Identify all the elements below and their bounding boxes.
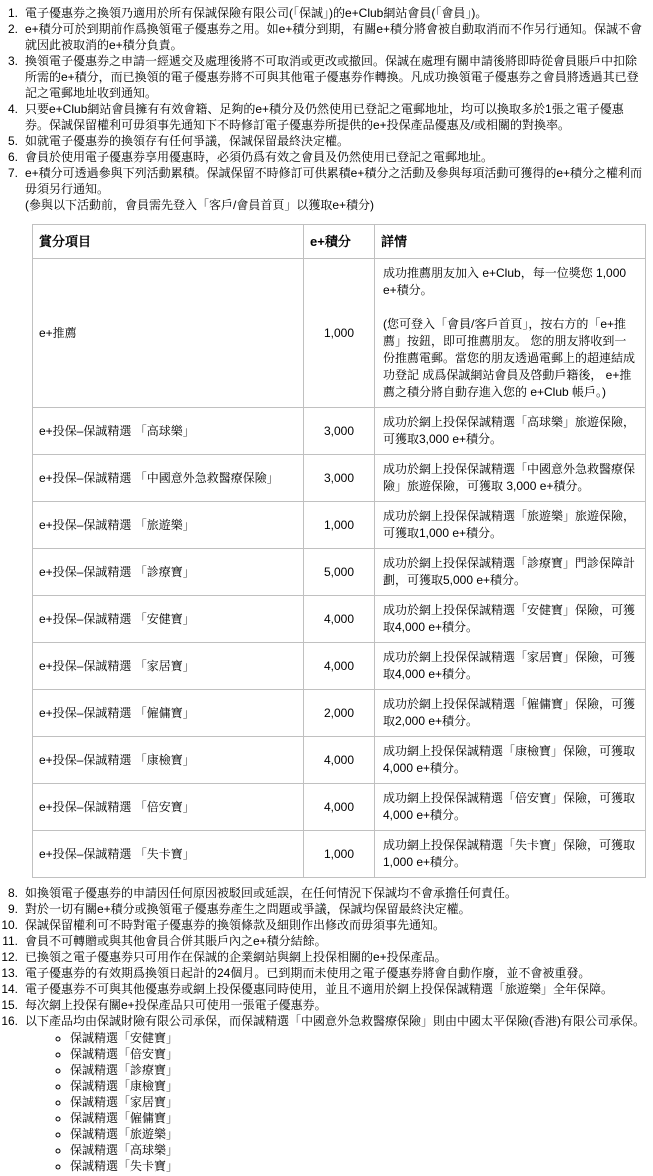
term-text: 如換領電子優惠券的申請因任何原因被駁回或延誤，在任何情況下保誠均不會承擔任何責任… (25, 885, 645, 901)
reward-item-cell: e+推薦 (33, 259, 304, 408)
reward-item-cell: e+投保–保誠精選 「康檢寶」 (33, 737, 304, 784)
term-text: 電子優惠券不可與其他優惠券或網上投保優惠同時使用，並且不適用於網上投保保誠精選「… (25, 981, 645, 997)
reward-points-cell: 1,000 (304, 502, 375, 549)
reward-item-cell: e+投保–保誠精選 「診療寶」 (33, 549, 304, 596)
product-item: 保誠精選「康檢寶」 (70, 1078, 645, 1094)
term-number: 4. (0, 101, 18, 133)
term-item-13: 13. 電子優惠券的有效期爲換領日起計的24個月。已到期而未使用之電子優惠券將會… (0, 965, 645, 981)
reward-details-cell: 成功於網上投保保誠精選「安健寶」保險，可獲取4,000 e+積分。 (375, 596, 646, 643)
reward-details-cell: 成功推薦朋友加入 e+Club，每一位獎您 1,000 e+積分。 (您可登入「… (375, 259, 646, 408)
reward-details-cell: 成功於網上投保保誠精選「高球樂」旅遊保險，可獲取3,000 e+積分。 (375, 408, 646, 455)
reward-points-cell: 1,000 (304, 831, 375, 878)
term-item-1: 1. 電子優惠券之換領乃適用於所有保誠保險有限公司(「保誠」)的e+Club網站… (0, 5, 645, 21)
term-item-4: 4. 只要e+Club網站會員擁有有效會籍、足夠的e+積分及仍然使用已登記之電郵… (0, 101, 645, 133)
reward-details-cell: 成功於網上投保保誠精選「診療寶」門診保障計劃，可獲取5,000 e+積分。 (375, 549, 646, 596)
product-item: 保誠精選「倍安寶」 (70, 1046, 645, 1062)
table-row: e+投保–保誠精選 「旅遊樂」 1,000 成功於網上投保保誠精選「旅遊樂」旅遊… (33, 502, 646, 549)
product-item: 保誠精選「失卡寶」 (70, 1158, 645, 1174)
term-item-14: 14. 電子優惠券不可與其他優惠券或網上投保優惠同時使用，並且不適用於網上投保保… (0, 981, 645, 997)
reward-item-cell: e+投保–保誠精選 「失卡寶」 (33, 831, 304, 878)
term-item-11: 11. 會員不可轉贈或與其他會員合併其賬戶內之e+積分結餘。 (0, 933, 645, 949)
reward-points-cell: 1,000 (304, 259, 375, 408)
header-details: 詳情 (375, 225, 646, 259)
product-item: 保誠精選「僱傭寶」 (70, 1110, 645, 1126)
term-text: 對於一切有關e+積分或換領電子優惠券產生之問題或爭議，保誠均保留最終決定權。 (25, 901, 645, 917)
term-number: 14. (0, 981, 18, 997)
reward-details-cell: 成功網上投保保誠精選「倍安寶」保險，可獲取4,000 e+積分。 (375, 784, 646, 831)
table-row: e+投保–保誠精選 「安健寶」 4,000 成功於網上投保保誠精選「安健寶」保險… (33, 596, 646, 643)
reward-item-cell: e+投保–保誠精選 「倍安寶」 (33, 784, 304, 831)
term-number: 9. (0, 901, 18, 917)
term-item-16: 16. 以下產品均由保誠財險有限公司承保，而保誠精選「中國意外急救醫療保險」則由… (0, 1013, 645, 1029)
table-row: e+投保–保誠精選 「倍安寶」 4,000 成功網上投保保誠精選「倍安寶」保險，… (33, 784, 646, 831)
term-number: 1. (0, 5, 18, 21)
reward-item-cell: e+投保–保誠精選 「僱傭寶」 (33, 690, 304, 737)
table-row: e+投保–保誠精選 「中國意外急救醫療保險」 3,000 成功於網上投保保誠精選… (33, 455, 646, 502)
reward-details-cell: 成功於網上投保保誠精選「家居寶」保險，可獲取4,000 e+積分。 (375, 643, 646, 690)
term-number: 8. (0, 885, 18, 901)
header-reward-item: 賞分項目 (33, 225, 304, 259)
reward-points-cell: 2,000 (304, 690, 375, 737)
term-item-6: 6. 會員於使用電子優惠券享用優惠時，必須仍爲有效之會員及仍然使用已登記之電郵地… (0, 149, 645, 165)
term-number: 7. (0, 165, 18, 213)
reward-details-cell: 成功網上投保保誠精選「失卡寶」保險，可獲取1,000 e+積分。 (375, 831, 646, 878)
term-item-12: 12. 已換領之電子優惠券只可用作在保誠的企業網站與網上投保相關的e+投保產品。 (0, 949, 645, 965)
term-number: 10. (0, 917, 18, 933)
product-item: 保誠精選「旅遊樂」 (70, 1126, 645, 1142)
table-row: e+投保–保誠精選 「康檢寶」 4,000 成功網上投保保誠精選「康檢寶」保險，… (33, 737, 646, 784)
reward-points-cell: 4,000 (304, 643, 375, 690)
term-text: 只要e+Club網站會員擁有有效會籍、足夠的e+積分及仍然使用已登記之電郵地址，… (25, 101, 645, 133)
term-item-2: 2. e+積分可於到期前作爲換領電子優惠券之用。如e+積分到期，有關e+積分將會… (0, 21, 645, 53)
product-item: 保誠精選「家居寶」 (70, 1094, 645, 1110)
header-points: e+積分 (304, 225, 375, 259)
term-number: 3. (0, 53, 18, 101)
term-text: e+積分可透過參與下列活動累積。保誠保留不時修訂可供累積e+積分之活動及參與每項… (25, 165, 645, 213)
table-row: e+投保–保誠精選 「家居寶」 4,000 成功於網上投保保誠精選「家居寶」保險… (33, 643, 646, 690)
reward-points-cell: 4,000 (304, 784, 375, 831)
rewards-table: 賞分項目 e+積分 詳情 e+推薦 1,000 成功推薦朋友加入 e+Club，… (32, 224, 646, 878)
term-item-8: 8. 如換領電子優惠券的申請因任何原因被駁回或延誤，在任何情況下保誠均不會承擔任… (0, 885, 645, 901)
reward-details-cell: 成功網上投保保誠精選「康檢寶」保險，可獲取4,000 e+積分。 (375, 737, 646, 784)
reward-details-cell: 成功於網上投保保誠精選「僱傭寶」保險，可獲取2,000 e+積分。 (375, 690, 646, 737)
term-text: 已換領之電子優惠券只可用作在保誠的企業網站與網上投保相關的e+投保產品。 (25, 949, 645, 965)
table-row: e+投保–保誠精選 「失卡寶」 1,000 成功網上投保保誠精選「失卡寶」保險，… (33, 831, 646, 878)
product-item: 保誠精選「診療寶」 (70, 1062, 645, 1078)
term-number: 6. (0, 149, 18, 165)
product-item: 保誠精選「安健寶」 (70, 1030, 645, 1046)
term-text: 保誠保留權利可不時對電子優惠券的換領條款及細則作出修改而毋須事先通知。 (25, 917, 645, 933)
term-number: 2. (0, 21, 18, 53)
table-row: e+推薦 1,000 成功推薦朋友加入 e+Club，每一位獎您 1,000 e… (33, 259, 646, 408)
table-row: e+投保–保誠精選 「診療寶」 5,000 成功於網上投保保誠精選「診療寶」門診… (33, 549, 646, 596)
product-item: 保誠精選「高球樂」 (70, 1142, 645, 1158)
reward-item-cell: e+投保–保誠精選 「高球樂」 (33, 408, 304, 455)
reward-points-cell: 3,000 (304, 455, 375, 502)
table-row: e+投保–保誠精選 「高球樂」 3,000 成功於網上投保保誠精選「高球樂」旅遊… (33, 408, 646, 455)
term-item-3: 3. 換領電子優惠券之申請一經遞交及處理後將不可取消或更改或撤回。保誠在處理有關… (0, 53, 645, 101)
term-number: 5. (0, 133, 18, 149)
reward-item-cell: e+投保–保誠精選 「家居寶」 (33, 643, 304, 690)
reward-points-cell: 4,000 (304, 737, 375, 784)
term-number: 15. (0, 997, 18, 1013)
term-number: 13. (0, 965, 18, 981)
reward-item-cell: e+投保–保誠精選 「中國意外急救醫療保險」 (33, 455, 304, 502)
term-item-7: 7. e+積分可透過參與下列活動累積。保誠保留不時修訂可供累積e+積分之活動及參… (0, 165, 645, 213)
term-item-5: 5. 如就電子優惠券的換領存有任何爭議，保誠保留最終決定權。 (0, 133, 645, 149)
term-text: 會員不可轉贈或與其他會員合併其賬戶內之e+積分結餘。 (25, 933, 645, 949)
table-row: e+投保–保誠精選 「僱傭寶」 2,000 成功於網上投保保誠精選「僱傭寶」保險… (33, 690, 646, 737)
term-number: 12. (0, 949, 18, 965)
product-list: 保誠精選「安健寶」 保誠精選「倍安寶」 保誠精選「診療寶」 保誠精選「康檢寶」 … (0, 1030, 645, 1174)
reward-details-cell: 成功於網上投保保誠精選「旅遊樂」旅遊保險，可獲取1,000 e+積分。 (375, 502, 646, 549)
term-item-9: 9. 對於一切有關e+積分或換領電子優惠券產生之問題或爭議，保誠均保留最終決定權… (0, 901, 645, 917)
term-item-10: 10. 保誠保留權利可不時對電子優惠券的換領條款及細則作出修改而毋須事先通知。 (0, 917, 645, 933)
reward-details-cell: 成功於網上投保保誠精選「中國意外急救醫療保險」旅遊保險，可獲取 3,000 e+… (375, 455, 646, 502)
term-text: 每次網上投保有關e+投保產品只可使用一張電子優惠券。 (25, 997, 645, 1013)
reward-item-cell: e+投保–保誠精選 「旅遊樂」 (33, 502, 304, 549)
reward-points-cell: 4,000 (304, 596, 375, 643)
term-text: 電子優惠券之換領乃適用於所有保誠保險有限公司(「保誠」)的e+Club網站會員(… (25, 5, 645, 21)
term-text: 換領電子優惠券之申請一經遞交及處理後將不可取消或更改或撤回。保誠在處理有關申請後… (25, 53, 645, 101)
reward-item-cell: e+投保–保誠精選 「安健寶」 (33, 596, 304, 643)
term-number: 16. (0, 1013, 18, 1029)
term-text: e+積分可於到期前作爲換領電子優惠券之用。如e+積分到期，有關e+積分將會被自動… (25, 21, 645, 53)
reward-points-cell: 3,000 (304, 408, 375, 455)
term-text: 會員於使用電子優惠券享用優惠時，必須仍爲有效之會員及仍然使用已登記之電郵地址。 (25, 149, 645, 165)
term-text: 電子優惠券的有效期爲換領日起計的24個月。已到期而未使用之電子優惠券將會自動作廢… (25, 965, 645, 981)
reward-points-cell: 5,000 (304, 549, 375, 596)
term-item-15: 15. 每次網上投保有關e+投保產品只可使用一張電子優惠券。 (0, 997, 645, 1013)
terms-document: 1. 電子優惠券之換領乃適用於所有保誠保險有限公司(「保誠」)的e+Club網站… (0, 0, 653, 1176)
term-number: 11. (0, 933, 18, 949)
term-text: 如就電子優惠券的換領存有任何爭議，保誠保留最終決定權。 (25, 133, 645, 149)
term-text: 以下產品均由保誠財險有限公司承保，而保誠精選「中國意外急救醫療保險」則由中國太平… (25, 1013, 645, 1029)
table-header-row: 賞分項目 e+積分 詳情 (33, 225, 646, 259)
